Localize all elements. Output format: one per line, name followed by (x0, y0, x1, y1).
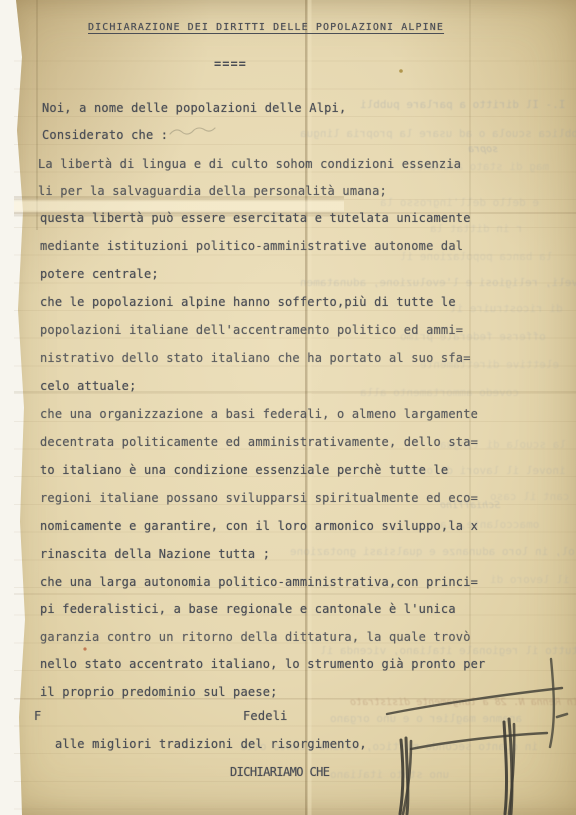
document-title: DICHIARAZIONE DEI DIRITTI DELLE POPOLAZI… (88, 22, 444, 33)
typed-line: li per la salvaguardia della personalità… (38, 184, 387, 198)
typed-line: garanzia contro un ritorno della dittatu… (40, 630, 471, 644)
typed-line: nello stato accentrato italiano, lo stru… (40, 657, 485, 671)
title-separator: ==== (214, 57, 247, 71)
typed-line: potere centrale; (40, 267, 159, 281)
typed-line: questa libertà può essere esercitata e t… (40, 211, 471, 225)
typed-line: Noi, a nome delle popolazioni delle Alpi… (42, 101, 346, 115)
typed-line: rinascita della Nazione tutta ; (40, 547, 270, 561)
typed-line: DICHIARIAMO CHE (230, 765, 329, 779)
typed-line: Considerato che : (42, 128, 168, 142)
typed-line: La libertà di lingua e di culto sohom co… (38, 157, 461, 171)
typed-line: mediante istituzioni politico-amministra… (40, 239, 463, 253)
typed-line: regioni italiane possano svilupparsi spi… (40, 491, 478, 505)
margin-letter: F (34, 709, 41, 723)
typed-line: il proprio predominio sul paese; (40, 685, 278, 699)
typed-line: Fedeli (243, 709, 288, 723)
typed-line: popolazioni italiane dell'accentramento … (40, 323, 463, 337)
typed-line: nomicamente e garantire, con il loro arm… (40, 519, 478, 533)
typed-line: che una larga autonomia politico-amminis… (40, 575, 478, 589)
typed-line: che una organizzazione a basi federali, … (40, 407, 478, 421)
typed-line: to italiano è una condizione essenziale … (40, 463, 448, 477)
typed-line: celo attuale; (40, 379, 137, 393)
typed-line: decentrata politicamente ed amministrati… (40, 435, 478, 449)
typed-line: alle migliori tradizioni del risorgiment… (55, 737, 367, 751)
typed-line: pi federalistici, a base regionale e can… (40, 602, 456, 616)
typed-line: che le popolazioni alpine hanno sofferto… (40, 295, 456, 309)
typed-line: nistrativo dello stato italiano che ha p… (40, 351, 471, 365)
